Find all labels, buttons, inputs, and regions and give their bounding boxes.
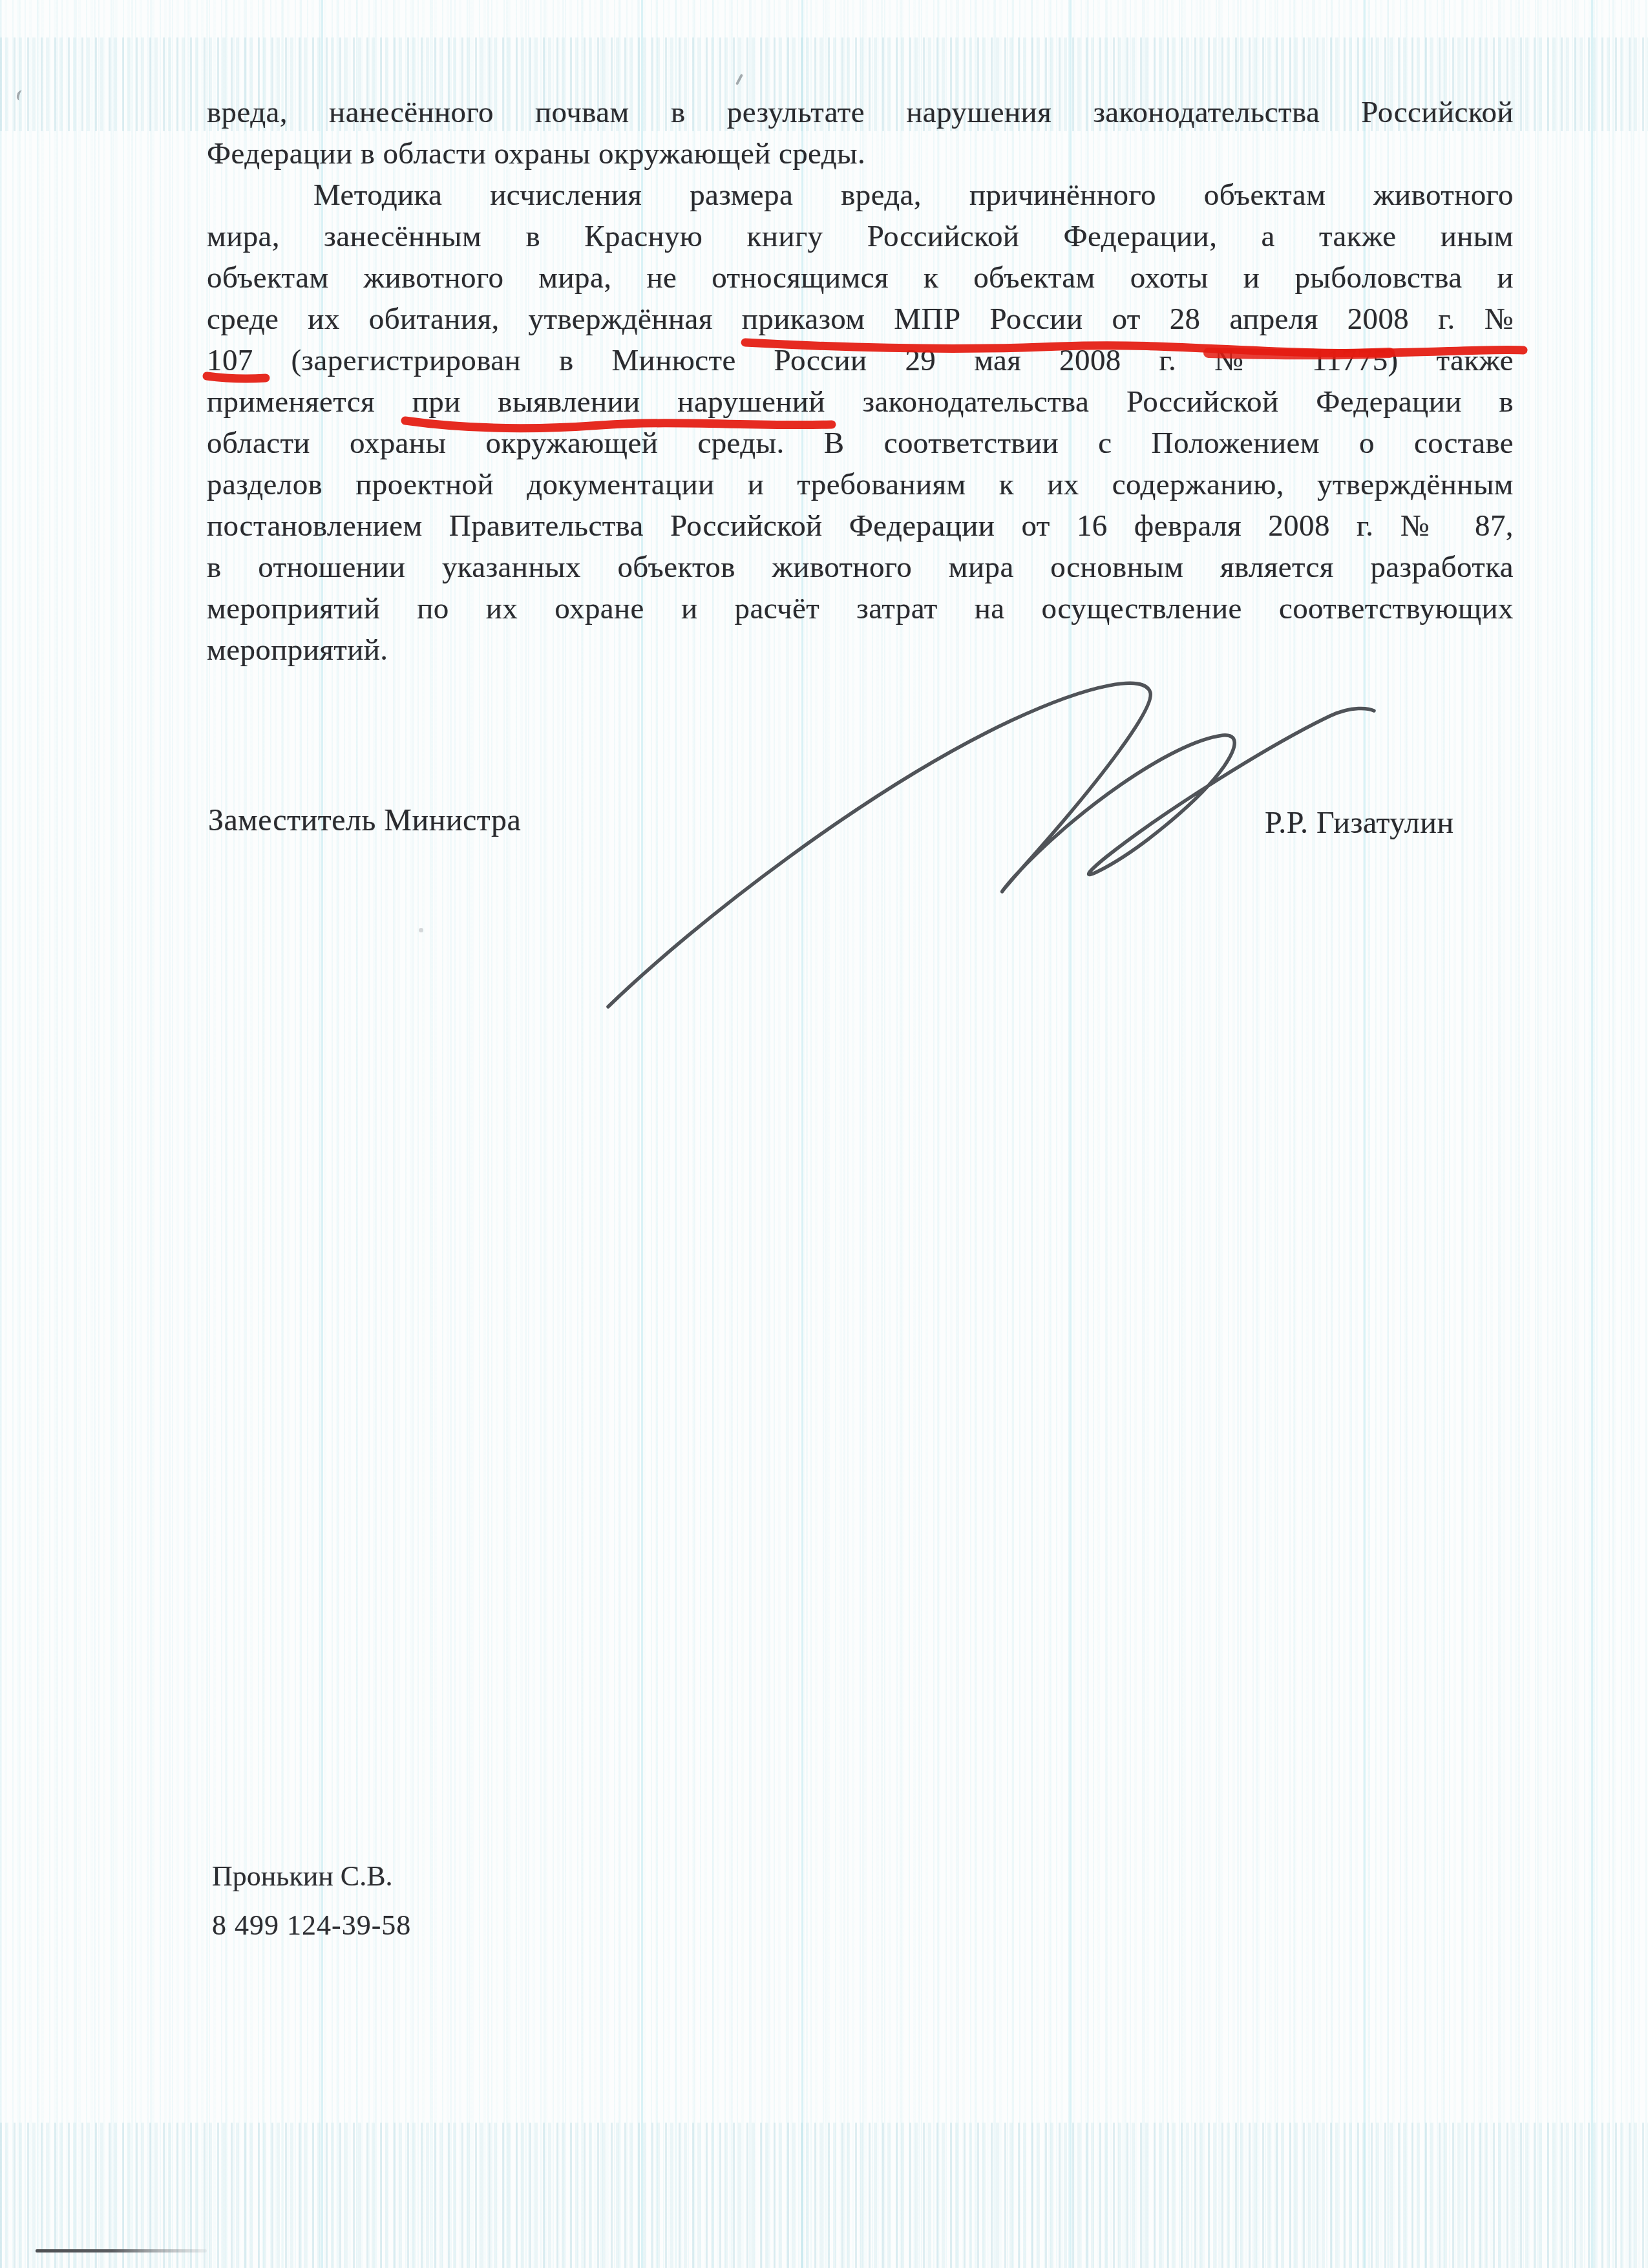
body-line: разделов проектной документации и требов… — [207, 464, 1514, 505]
body-line: Методика исчисления размера вреда, причи… — [207, 174, 1514, 216]
body-line: 107 (зарегистрирован в Минюсте России 29… — [207, 340, 1514, 381]
scan-artifact-line — [36, 2249, 207, 2252]
body-line: Федерации в области охраны окружающей ср… — [207, 133, 1514, 174]
contact-phone: 8 499 124-39-58 — [212, 1909, 411, 1942]
contact-name: Пронькин С.В. — [212, 1860, 393, 1893]
signer-title: Заместитель Министра — [208, 803, 521, 838]
scan-speck — [16, 90, 26, 101]
body-line: объектам животного мира, не относящимся … — [207, 257, 1514, 299]
scan-speck — [419, 928, 423, 932]
body-line: постановлением Правительства Российской … — [207, 505, 1514, 547]
body-line: в отношении указанных объектов животного… — [207, 547, 1514, 588]
scan-speck — [735, 74, 743, 85]
body-line: мероприятий по их охране и расчёт затрат… — [207, 588, 1514, 629]
letter-body: вреда, нанесённого почвам в результате н… — [207, 92, 1514, 671]
signature-icon — [608, 683, 1374, 1007]
body-line: мира, занесённым в Красную книгу Российс… — [207, 216, 1514, 257]
body-line: среде их обитания, утверждённая приказом… — [207, 299, 1514, 340]
body-line: мероприятий. — [207, 629, 1514, 671]
scan-streak-line — [1591, 0, 1593, 2268]
scan-band-bottom — [0, 2123, 1648, 2268]
body-line: области охраны окружающей среды. В соотв… — [207, 423, 1514, 464]
signer-name: Р.Р. Гизатулин — [1265, 805, 1454, 841]
body-line: применяется при выявлении нарушений зако… — [207, 381, 1514, 423]
scanned-letter-page: { "doc": { "para1": { "lines": [ "вреда,… — [0, 0, 1648, 2268]
body-line: вреда, нанесённого почвам в результате н… — [207, 92, 1514, 133]
